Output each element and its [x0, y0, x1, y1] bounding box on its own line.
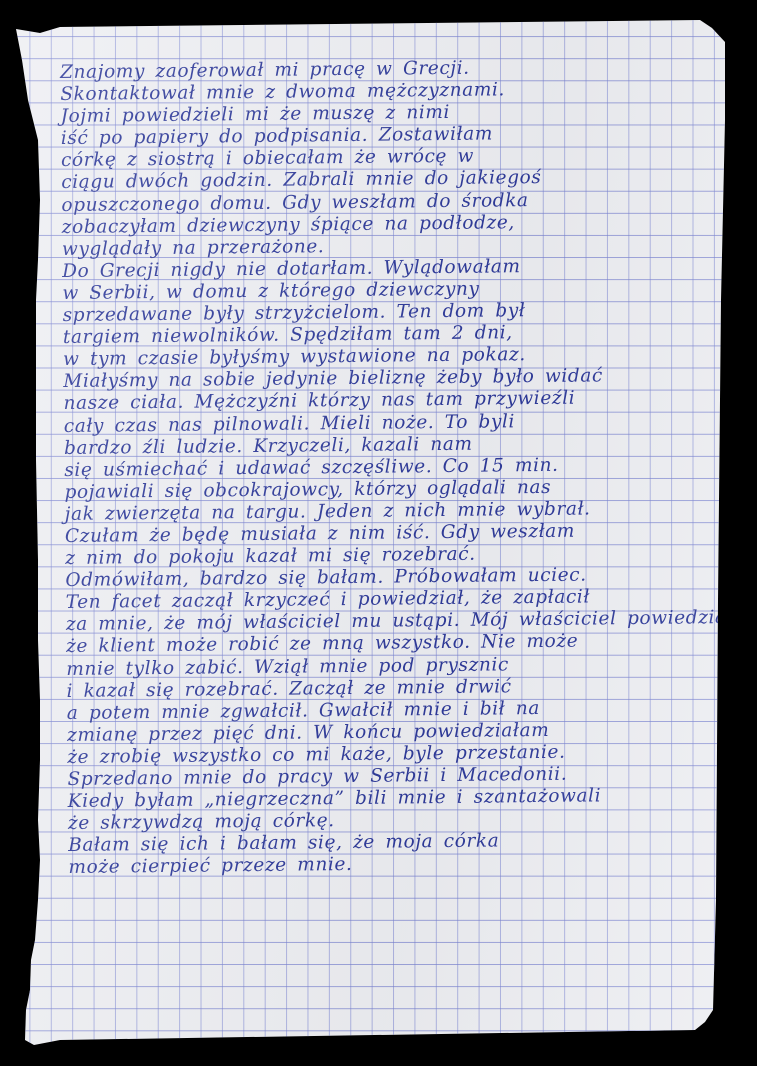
handwritten-text: Znajomy zaoferował mi pracę w Grecji. Sk… [60, 55, 724, 879]
photo-background: Znajomy zaoferował mi pracę w Grecji. Sk… [0, 0, 757, 1066]
notebook-page: Znajomy zaoferował mi pracę w Grecji. Sk… [0, 0, 757, 1066]
